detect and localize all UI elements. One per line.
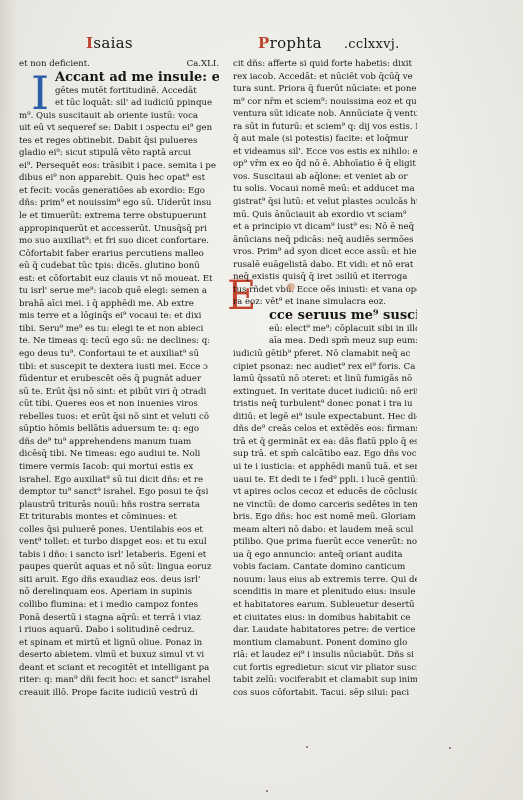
text-line: nouum: laus eius ab extremis terre. Qui … <box>233 574 417 587</box>
line-text: gladio ei⁹: sicut stipulā vēto raptā arc… <box>19 148 191 158</box>
text-line: collibo flumina: et i medio campoz fonte… <box>19 599 219 612</box>
text-line: creauit illō. Prope facite iudiciū vestr… <box>19 687 219 700</box>
paper-stain <box>287 283 295 291</box>
line-text: est: et cōfortabit euz clauis vt nō moue… <box>19 274 213 284</box>
line-text: dicēsq̄ tibi. Ne timeas: ego audiui te. … <box>19 449 200 459</box>
text-line: dñs: prim⁹ et nouissim⁹ ego sū. Uiderūt … <box>19 197 219 210</box>
text-line: timere vermis Iacob: qui mortui estis ex <box>19 461 219 474</box>
text-line: bris. Ego dñs: hoc est nomē meū. Gloriam <box>233 511 417 524</box>
line-text: dñs: prim⁹ et nouissim⁹ ego sū. Uiderūt … <box>19 198 211 208</box>
text-line: tu isrl' serue me⁹: iacob quē elegi: sem… <box>19 285 219 298</box>
line-text: lamū q̄ssatū nō ɔteret: et linū fumigās … <box>233 374 412 384</box>
text-line: iudiciū gētib⁹ pferet. Nō clamabit neq̄ … <box>233 348 417 361</box>
line-text: et fecit: vocās generatiōes ab exordio: … <box>19 186 205 196</box>
line-text: tu isrl' serue me⁹: iacob quē elegi: sem… <box>19 286 207 296</box>
line-text: et videamus sil'. Ecce vos estis ex nihi… <box>233 147 417 157</box>
text-line: vobis faciam. Cantate domino canticum <box>233 561 417 574</box>
text-line: tabis i dño: i sancto isrl' letaberis. E… <box>19 549 219 562</box>
line-text: vent⁹ tollet: et turbo dispget eos: et t… <box>19 537 207 547</box>
text-line: et habitatores earum. Subleuetur desertū <box>233 599 417 612</box>
text-line: brahā aīci mei. i q̄ apphēdi me. Ab extr… <box>19 298 219 311</box>
text-column-right: cit dñs: afferte si quid forte habetis: … <box>233 58 417 699</box>
line-text: m⁹. Quis suscitauit ab oriente iustū: vo… <box>19 111 198 121</box>
text-line: sūptio hōmis bellātis aduersum te: q: eg… <box>19 423 219 436</box>
text-line: gladio ei⁹: sicut stipulā vēto raptā arc… <box>19 147 219 160</box>
line-text: extinguet. In veritate ducet iudiciū: nō… <box>233 387 417 397</box>
line-text: scenditis in mare et plenitudo eius: ins… <box>233 587 415 597</box>
line-text: siti aruit. Ego dñs exaudiaz eos. deus i… <box>19 575 200 585</box>
line-text: ra sūt in futurū: et sciem⁹ q: dij vos e… <box>233 122 417 132</box>
text-line: et videamus sil'. Ecce vos estis ex nihi… <box>233 146 417 159</box>
line-text: tibi: et suscepit te dextera iusti mei. … <box>19 362 208 372</box>
text-line: et a principio vt dicam⁹ iust⁹ es: Nō ē … <box>233 221 417 234</box>
line-text: ptilibo. Que prima fuerūt ecce venerūt: … <box>233 537 417 547</box>
line-text: rex iacob. Accedāt: et nūciēt vob q̄cūq̄… <box>233 72 413 82</box>
text-line: Cōfortabit faber erarius percutiens mall… <box>19 248 219 261</box>
line-text: ei⁹. Persequēt eos: trāsibit i pace. sem… <box>19 161 216 171</box>
text-line: uit eū vt sequeref se: Dabit i ɔspectu e… <box>19 122 219 135</box>
line-text: israhel. Ego auxiliat⁹ sū tui dicit dñs:… <box>19 475 203 485</box>
text-line: eū: elect⁹ me⁹: cōplacuit sibi in illo <box>233 323 417 336</box>
text-line: i riuos aquarū. Dabo i solitudinē cedruz… <box>19 624 219 637</box>
line-text: nouum: laus eius ab extremis terre. Qui … <box>233 575 417 585</box>
line-text: collibo flumina: et i medio campoz fonte… <box>19 600 198 610</box>
line-text: tabis i dño: i sancto isrl' letaberis. E… <box>19 550 206 560</box>
line-text: ānūcians neq̄ pdicās: neq̄ audiēs sermōe… <box>233 235 414 245</box>
line-text: fūdentur et erubescēt oēs q̄ pugnāt adue… <box>19 374 201 384</box>
text-line: sū te. Erūt q̄si nō sint: et pibūt viri … <box>19 386 219 399</box>
line-text: tu solis. Vocaui nomē meū: et adducet ma <box>233 184 415 194</box>
line-text: timere vermis Iacob: qui mortui estis ex <box>19 462 193 472</box>
text-line: tus rñdet vbū. Ecce oēs iniusti: et vana… <box>233 284 417 297</box>
running-head-title: rophta <box>270 34 322 52</box>
line-text: cos suos cōfortabit. Tacui. sēp silui: p… <box>233 688 409 698</box>
line-text: ui te i iusticia: et apphēdi manū tuā. e… <box>233 462 417 472</box>
line-text: eū: elect⁹ me⁹: cōplacuit sibi in illo <box>269 324 417 334</box>
line-text: dibus ei⁹ non apparebit. Quis hec opat⁹ … <box>19 173 205 183</box>
paper-speck <box>266 790 268 792</box>
line-text: eū q̄ cudebat tūc tpis: dicēs. glutino b… <box>19 261 200 271</box>
line-text: tibi. Seru⁹ me⁹ es tu: elegi te et non a… <box>19 324 203 334</box>
running-head-right: Prophta.cclxxvj. <box>258 34 400 52</box>
text-line: lamū q̄ssatū nō ɔteret: et linū fumigās … <box>233 373 417 386</box>
text-line: m⁹ cor nr̄m et sciem⁹: nouissima eoz et … <box>233 96 417 109</box>
text-line: cos suos cōfortabit. Tacui. sēp silui: p… <box>233 687 417 700</box>
text-line: tabit zelū: vociferabit et clamabit sup … <box>233 674 417 687</box>
text-line: vt apires oclos cecoz et educēs de cōclu… <box>233 486 417 499</box>
text-line: riter: q: man⁹ dñi fecit hoc: et sanct⁹ … <box>19 674 219 687</box>
text-line: dicēsq̄ tibi. Ne timeas: ego audiui te. … <box>19 448 219 461</box>
text-line: rebelles tuos: et erūt q̄si nō sint et v… <box>19 411 219 424</box>
text-line: dñs de⁹ creās celos et extēdēs eos: firm… <box>233 423 417 436</box>
line-text: tus rñdet vbū. Ecce oēs iniusti: et vana… <box>233 285 417 295</box>
text-line: dibus ei⁹ non apparebit. Quis hec opat⁹ … <box>19 172 219 185</box>
running-head-left: Isaias <box>86 34 133 52</box>
text-line: cipiet psonaz: nec audiet⁹ rex ei⁹ foris… <box>233 361 417 374</box>
line-text: gētes mutēt fortitudinē. Accedāt <box>55 86 197 96</box>
line-text: et non deficient. <box>19 59 90 69</box>
line-text: sup trā. et spm̄ calcātibo eaz. Ego dñs … <box>233 449 417 459</box>
line-text: uit eū vt sequeref se: Dabit i ɔspectu e… <box>19 123 212 133</box>
text-line: Ponā desertū i stagna aq̄rū: et terrā i … <box>19 612 219 625</box>
line-text: tristis neq̄ turbulent⁹ donec ponat i tr… <box>233 399 413 409</box>
text-line: ānūcians neq̄ pdicās: neq̄ audiēs sermōe… <box>233 234 417 247</box>
line-text: cut fortis egredietur: sicut vir pliator… <box>233 663 417 673</box>
text-line: op⁹ vr̄m ex eo q̄d nō ē. Abhoīatio ē q̄ … <box>233 158 417 171</box>
text-line: rex iacob. Accedāt: et nūciēt vob q̄cūq̄… <box>233 71 417 84</box>
text-line: fūdentur et erubescēt oēs q̄ pugnāt adue… <box>19 373 219 386</box>
text-line: gistrat⁹ q̄si lutū: et velut plastes ɔcu… <box>233 196 417 209</box>
text-line: ventura sūt idicate nob. Annūciate q̄ ve… <box>233 108 417 121</box>
line-text: cipiet psonaz: nec audiet⁹ rex ei⁹ foris… <box>233 362 415 372</box>
text-line: mis terre et a lōginq̄s ei⁹ vocaui te: e… <box>19 310 219 323</box>
text-line: uaui te. Et dedi te i fed⁹ ppli. i lucē … <box>233 474 417 487</box>
text-line: tristis neq̄ turbulent⁹ donec ponat i tr… <box>233 398 417 411</box>
line-text: deant et sciant et recogitēt et intellig… <box>19 663 209 673</box>
line-text: mū. Quis ānūciauit ab exordio vt sciam⁹ <box>233 210 406 220</box>
line-text: ventura sūt idicate nob. Annūciate q̄ ve… <box>233 109 417 119</box>
text-line: rusalē euāgelistā dabo. Et vidi: et nō e… <box>233 259 417 272</box>
page-edge-shadow <box>0 0 18 800</box>
text-line: ui te i iusticia: et apphēdi manū tuā. e… <box>233 461 417 474</box>
line-text: trā et q̄ germināt ex ea: dās flatū pplo… <box>233 437 417 447</box>
line-text: vt apires oclos cecoz et educēs de cōclu… <box>233 487 417 497</box>
text-line: dñs de⁹ tu⁹ apprehendens manum tuam <box>19 436 219 449</box>
line-text: cit dñs: afferte si quid forte habetis: … <box>233 59 412 69</box>
line-text: i riuos aquarū. Dabo i solitudinē cedruz… <box>19 625 194 635</box>
line-text: sū te. Erūt q̄si nō sint: et pibūt viri … <box>19 387 206 397</box>
line-text: appropinquerūt et accesserūt. Unusq̄sq̄ … <box>19 224 207 234</box>
running-head-title: saias <box>93 34 133 52</box>
line-text: sūptio hōmis bellātis aduersum te: q: eg… <box>19 424 199 434</box>
text-line: sup trā. et spm̄ calcātibo eaz. Ego dñs … <box>233 448 417 461</box>
line-text: rusalē euāgelistā dabo. Et vidi: et nō e… <box>233 260 413 270</box>
line-text: op⁹ vr̄m ex eo q̄d nō ē. Abhoīatio ē q̄ … <box>233 159 416 169</box>
text-line: paupes querūt aquas et nō sūt: lingua eo… <box>19 561 219 574</box>
line-text: ego deus tu⁹. Confortaui te et auxiliat⁹… <box>19 349 199 359</box>
line-text: et spinam et mirtū et lignū oliue. Ponaz… <box>19 638 202 648</box>
text-line: q̄ aut male (si potestis) facite: et loq… <box>233 133 417 146</box>
line-text: m⁹ cor nr̄m et sciem⁹: nouissima eoz et … <box>233 97 417 107</box>
text-line: mo suo auxiliat⁹: et fri suo dicet confo… <box>19 235 219 248</box>
line-text: creauit illō. Prope facite iudiciū vestr… <box>19 688 198 698</box>
line-text: riā: et laudez ei⁹ i insulis nūciabūt. D… <box>233 650 414 660</box>
line-text: dar. Laudate habitatores petre: de verti… <box>233 625 415 635</box>
text-line: riā: et laudez ei⁹ i insulis nūciabūt. D… <box>233 649 417 662</box>
chapter-label: Ca.XLI. <box>187 58 219 71</box>
paper-speck <box>449 747 451 749</box>
text-line: m⁹. Quis suscitauit ab oriente iustū: vo… <box>19 110 219 123</box>
line-text: Cōfortabit faber erarius percutiens mall… <box>19 249 204 259</box>
line-text: meam alteri nō dabo: et laudem meā scul <box>233 525 413 535</box>
text-line: appropinquerūt et accesserūt. Unusq̄sq̄ … <box>19 223 219 236</box>
text-line: colles q̄si puluerē pones. Uentilabis eo… <box>19 524 219 537</box>
text-line: Accant ad me insule: et <box>19 71 219 85</box>
line-text: neq̄ existis quisq̄ q̄ iret ɔsiliū et it… <box>233 272 407 282</box>
text-line: neq̄ existis quisq̄ q̄ iret ɔsiliū et it… <box>233 271 417 284</box>
text-line: siti aruit. Ego dñs exaudiaz eos. deus i… <box>19 574 219 587</box>
text-line: mū. Quis ānūciauit ab exordio vt sciam⁹ <box>233 209 417 222</box>
text-line: ditiū: et legē ei⁹ isule expectabunt. He… <box>233 411 417 424</box>
text-line: et ciuitates eius: in domibus habitabit … <box>233 612 417 625</box>
line-text: ua q̄ ego annuncio: anteq̄ oriant audita <box>233 550 403 560</box>
text-line: scenditis in mare et plenitudo eius: ins… <box>233 586 417 599</box>
line-text: montium clamabunt. Ponent domino glo <box>233 638 407 648</box>
line-text: riter: q: man⁹ dñi fecit hoc: et sanct⁹ … <box>19 675 210 685</box>
text-line: vos. Suscitaui ab aq̄lone: et veniet ab … <box>233 171 417 184</box>
line-text: tura sunt. Priora q̄ fuerūt nūciate: et … <box>233 84 416 94</box>
text-line: et non deficient.Ca.XLI. <box>19 58 219 71</box>
text-line: plaustrū triturās nouū: hñs rostra serra… <box>19 499 219 512</box>
text-line: ne vinctū: de domo carceris sedētes in t… <box>233 499 417 512</box>
line-text: cūt tibi. Queres eos et non inuenies vir… <box>19 399 198 409</box>
manuscript-page: Isaias Prophta.cclxxvj. I E et non defic… <box>0 0 523 800</box>
text-line: et tūc loquāt: sil' ad iudiciū ppinque <box>19 97 219 110</box>
line-text: bris. Ego dñs: hoc est nomē meū. Gloriam <box>233 512 416 522</box>
line-text: deserto abietem. vlmū et buxuz simul vt … <box>19 650 204 660</box>
text-column-left: et non deficient.Ca.XLI.Accant ad me ins… <box>19 58 219 699</box>
line-text: et habitatores earum. Subleuetur desertū <box>233 600 415 610</box>
text-line: cce seruus me⁹ suscipiaz <box>233 309 417 323</box>
text-line: vent⁹ tollet: et turbo dispget eos: et t… <box>19 536 219 549</box>
line-text: tabit zelū: vociferabit et clamabit sup … <box>233 675 417 685</box>
line-text: cce seruus me⁹ suscipiaz <box>269 309 417 323</box>
line-text: gistrat⁹ q̄si lutū: et velut plastes ɔcu… <box>233 197 417 207</box>
line-text: plaustrū triturās nouū: hñs rostra serra… <box>19 500 200 510</box>
text-line: et spinam et mirtū et lignū oliue. Ponaz… <box>19 637 219 650</box>
text-line: te. Ne timeas q: tecū ego sū: ne decline… <box>19 335 219 348</box>
line-text: tes et reges obtinebit. Dabit q̄si pulue… <box>19 136 197 146</box>
line-text: dñs de⁹ tu⁹ apprehendens manum tuam <box>19 437 191 447</box>
line-text: le et timuerūt: extrema terre obstupueru… <box>19 211 207 221</box>
text-line: ego deus tu⁹. Confortaui te et auxiliat⁹… <box>19 348 219 361</box>
text-line: dar. Laudate habitatores petre: de verti… <box>233 624 417 637</box>
line-text: rebelles tuos: et erūt q̄si nō sint et v… <box>19 412 209 422</box>
text-line: et fecit: vocās generatiōes ab exordio: … <box>19 185 219 198</box>
line-text: ne vinctū: de domo carceris sedētes in t… <box>233 500 417 510</box>
text-line: nō derelinquam eos. Aperiam in supinis <box>19 586 219 599</box>
text-line: demptor tu⁹ sanct⁹ israhel. Ego posui te… <box>19 486 219 499</box>
text-line: ra eoz: vēt⁹ et inane simulacra eoz.Ca.X… <box>233 296 417 309</box>
paper-speck <box>306 746 308 748</box>
text-line: cūt tibi. Queres eos et non inuenies vir… <box>19 398 219 411</box>
line-text: dñs de⁹ creās celos et extēdēs eos: firm… <box>233 424 417 434</box>
text-line: deant et sciant et recogitēt et intellig… <box>19 662 219 675</box>
text-line: deserto abietem. vlmū et buxuz simul vt … <box>19 649 219 662</box>
line-text: Accant ad me insule: et <box>55 71 219 85</box>
line-text: colles q̄si puluerē pones. Uentilabis eo… <box>19 525 203 535</box>
line-text: vobis faciam. Cantate domino canticum <box>233 562 405 572</box>
text-line: montium clamabunt. Ponent domino glo <box>233 637 417 650</box>
text-line: Et triturabis montes et cōminues: et <box>19 511 219 524</box>
line-text: vos. Suscitaui ab aq̄lone: et veniet ab … <box>233 172 407 182</box>
text-line: ra sūt in futurū: et sciem⁹ q: dij vos e… <box>233 121 417 134</box>
text-line: aīa mea. Dedi spm̄ meuz sup eum: <box>233 335 417 348</box>
line-text: ra eoz: vēt⁹ et inane simulacra eoz. <box>233 297 386 307</box>
line-text: et a principio vt dicam⁹ iust⁹ es: Nō ē … <box>233 222 414 232</box>
line-text: ditiū: et legē ei⁹ isule expectabunt. He… <box>233 412 417 422</box>
folio-number: .cclxxvj. <box>344 37 400 52</box>
text-line: tibi. Seru⁹ me⁹ es tu: elegi te et non a… <box>19 323 219 336</box>
text-line: trā et q̄ germināt ex ea: dās flatū pplo… <box>233 436 417 449</box>
line-text: mo suo auxiliat⁹: et fri suo dicet confo… <box>19 236 209 246</box>
line-text: Ponā desertū i stagna aq̄rū: et terrā i … <box>19 613 201 623</box>
text-line: tes et reges obtinebit. Dabit q̄si pulue… <box>19 135 219 148</box>
text-line: eū q̄ cudebat tūc tpis: dicēs. glutino b… <box>19 260 219 273</box>
line-text: paupes querūt aquas et nō sūt: lingua eo… <box>19 562 211 572</box>
running-head-rubric: P <box>258 34 270 52</box>
text-line: israhel. Ego auxiliat⁹ sū tui dicit dñs:… <box>19 474 219 487</box>
line-text: nō derelinquam eos. Aperiam in supinis <box>19 587 192 597</box>
text-line: est: et cōfortabit euz clauis vt nō moue… <box>19 273 219 286</box>
line-text: et tūc loquāt: sil' ad iudiciū ppinque <box>55 98 212 108</box>
text-line: cut fortis egredietur: sicut vir pliator… <box>233 662 417 675</box>
text-line: gētes mutēt fortitudinē. Accedāt <box>19 85 219 98</box>
text-line: tu solis. Vocaui nomē meū: et adducet ma <box>233 183 417 196</box>
line-text: brahā aīci mei. i q̄ apphēdi me. Ab extr… <box>19 299 194 309</box>
line-text: uaui te. Et dedi te i fed⁹ ppli. i lucē … <box>233 475 417 485</box>
line-text: q̄ aut male (si potestis) facite: et loq… <box>233 134 408 144</box>
text-line: meam alteri nō dabo: et laudem meā scul <box>233 524 417 537</box>
text-line: vros. Prim⁹ ad syon dicet ecce assū: et … <box>233 246 417 259</box>
text-line: ptilibo. Que prima fuerūt ecce venerūt: … <box>233 536 417 549</box>
text-line: ei⁹. Persequēt eos: trāsibit i pace. sem… <box>19 160 219 173</box>
text-line: le et timuerūt: extrema terre obstupueru… <box>19 210 219 223</box>
text-line: tibi: et suscepit te dextera iusti mei. … <box>19 361 219 374</box>
line-text: te. Ne timeas q: tecū ego sū: ne decline… <box>19 336 210 346</box>
line-text: demptor tu⁹ sanct⁹ israhel. Ego posui te… <box>19 487 208 497</box>
text-line: cit dñs: afferte si quid forte habetis: … <box>233 58 417 71</box>
line-text: et ciuitates eius: in domibus habitabit … <box>233 613 410 623</box>
text-line: ua q̄ ego annuncio: anteq̄ oriant audita <box>233 549 417 562</box>
line-text: Et triturabis montes et cōminues: et <box>19 512 177 522</box>
line-text: vros. Prim⁹ ad syon dicet ecce assū: et … <box>233 247 417 257</box>
text-line: extinguet. In veritate ducet iudiciū: nō… <box>233 386 417 399</box>
line-text: aīa mea. Dedi spm̄ meuz sup eum: <box>269 336 417 346</box>
line-text: iudiciū gētib⁹ pferet. Nō clamabit neq̄ … <box>233 349 410 359</box>
line-text: mis terre et a lōginq̄s ei⁹ vocaui te: e… <box>19 311 201 321</box>
text-line: tura sunt. Priora q̄ fuerūt nūciate: et … <box>233 83 417 96</box>
